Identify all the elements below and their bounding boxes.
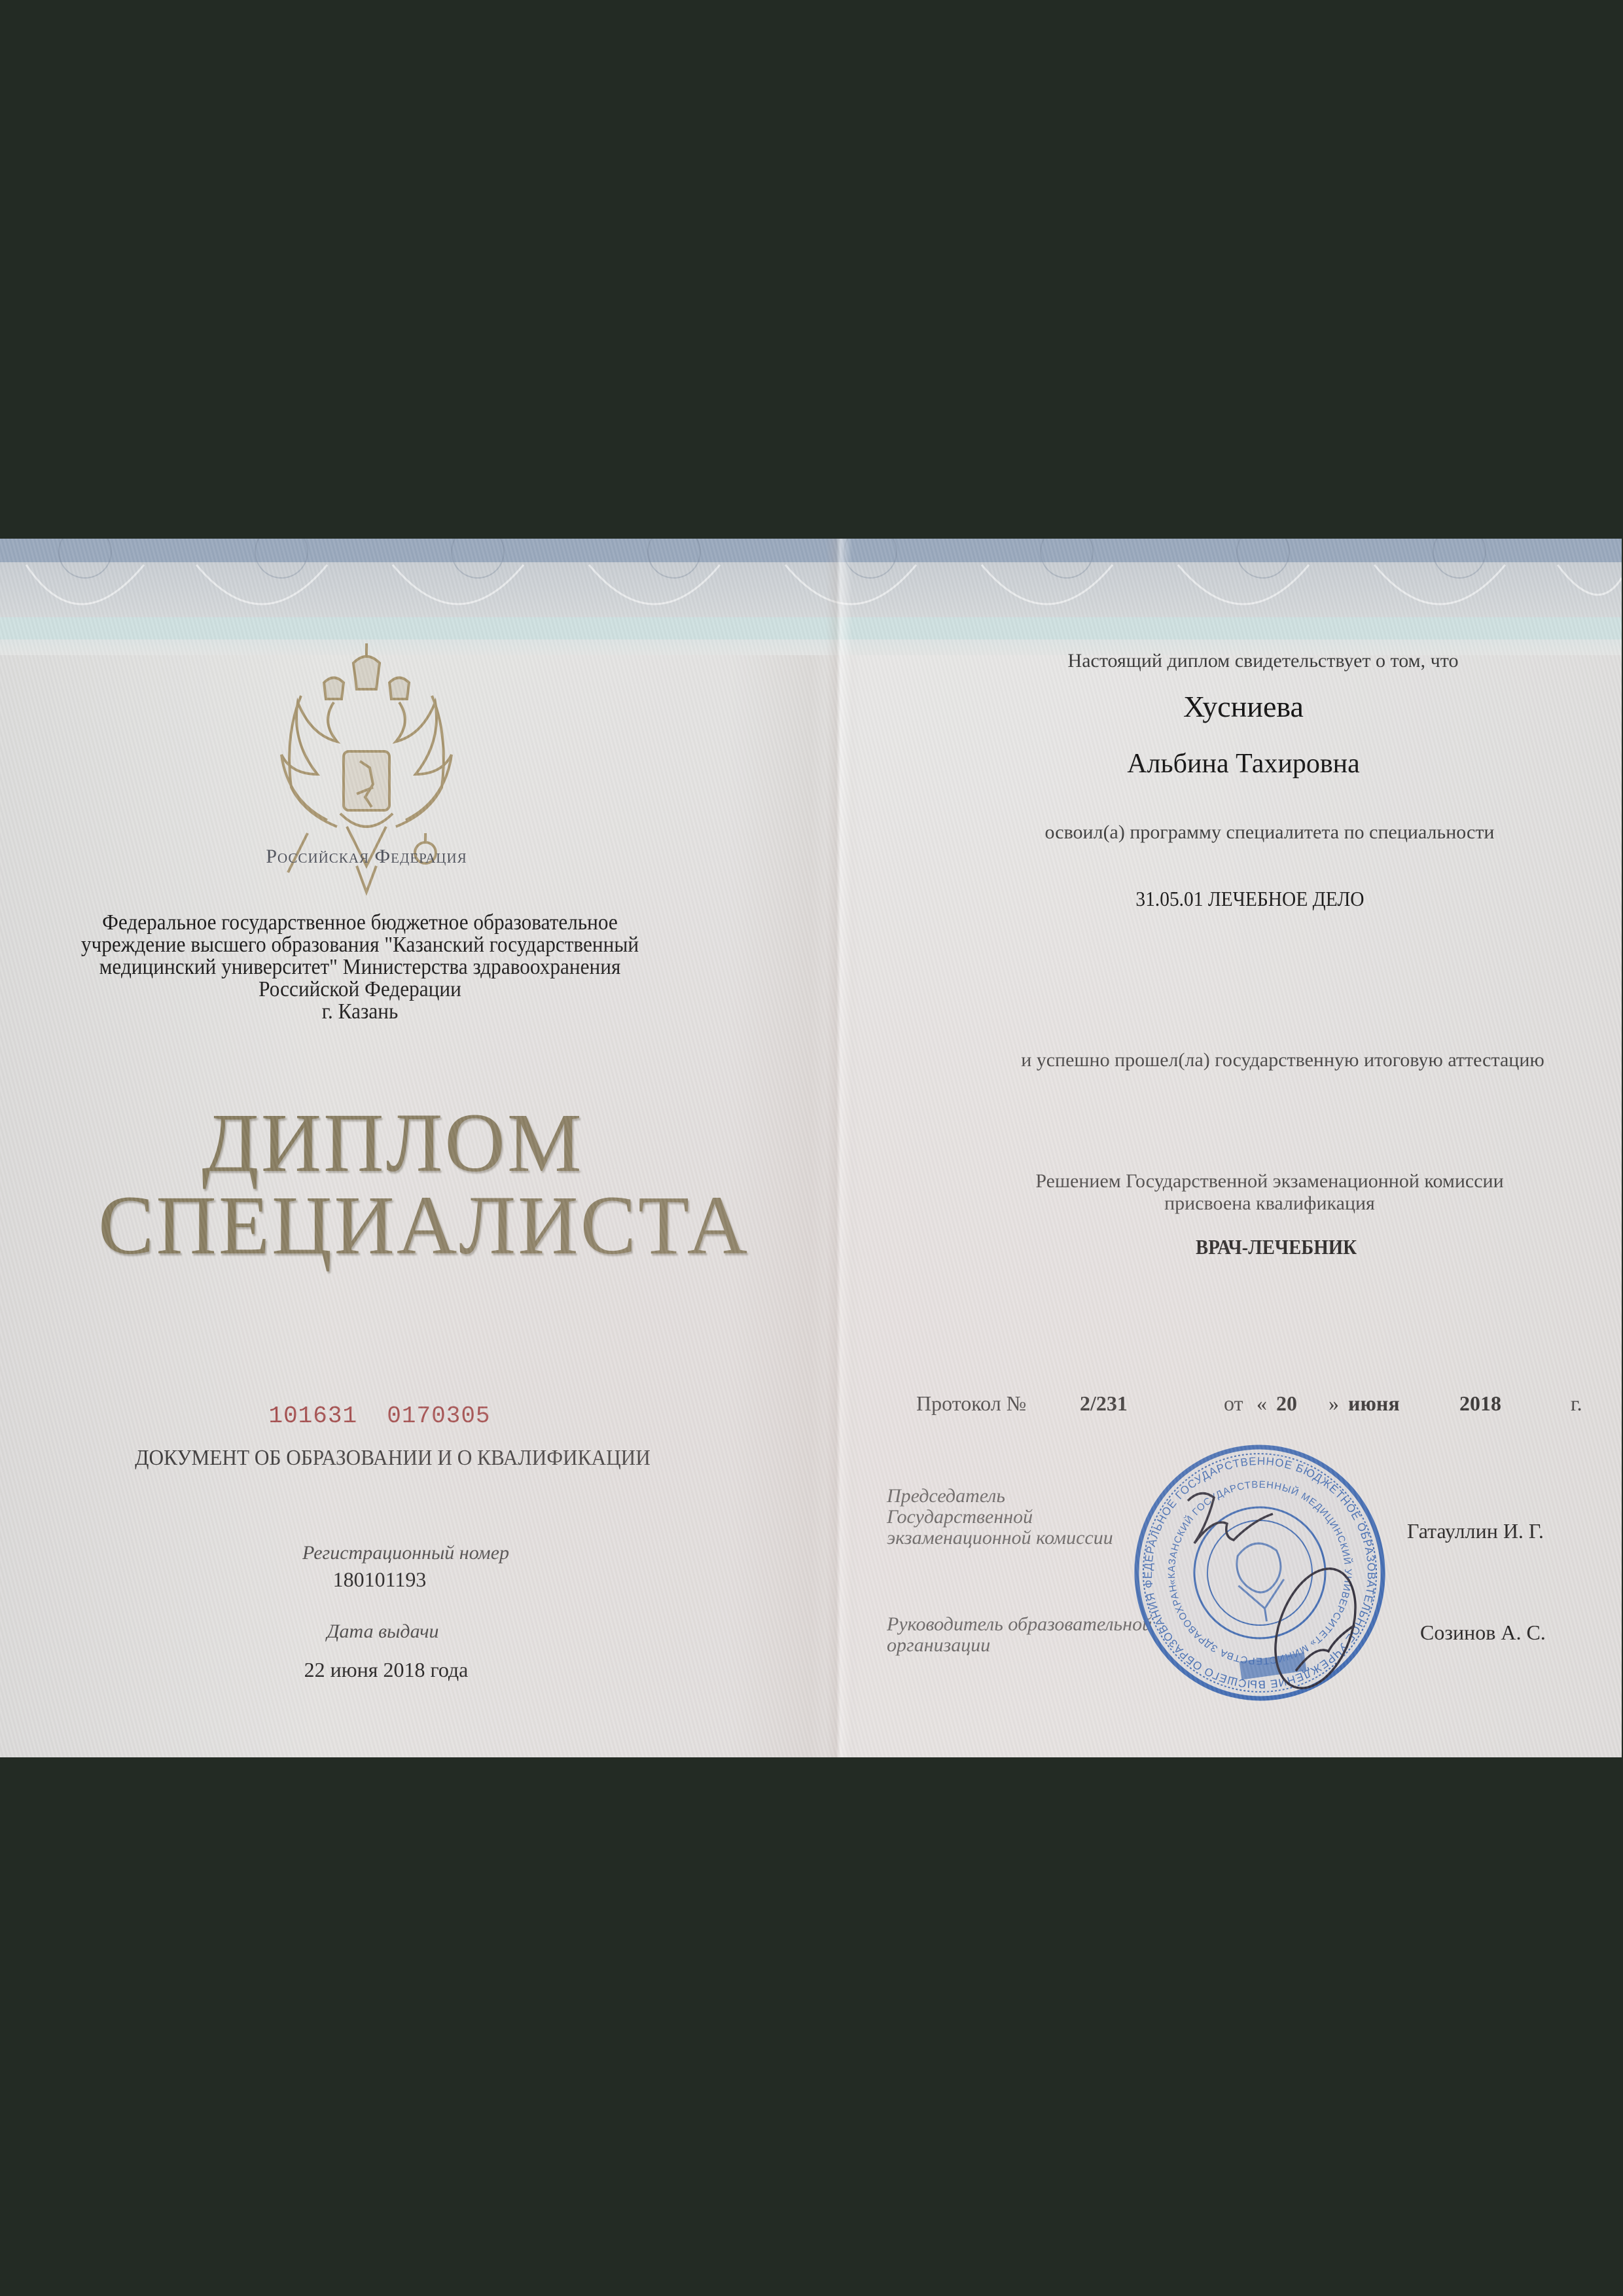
country-caption: Российская Федерация — [170, 846, 563, 868]
role-line: Председатель — [887, 1486, 1162, 1507]
protocol-month: июня — [1348, 1391, 1400, 1416]
chairman-role: Председатель Государственной экзаменацио… — [887, 1486, 1162, 1549]
page-fold — [826, 539, 852, 1757]
graduate-given-names: Альбина Тахировна — [982, 748, 1505, 780]
registration-label: Регистрационный номер — [196, 1542, 615, 1564]
institution-line: медицинский университет" Министерства зд… — [41, 956, 679, 978]
role-line: экзаменационной комиссии — [887, 1528, 1162, 1549]
specialty: 31.05.01 ЛЕЧЕБНОЕ ДЕЛО — [1039, 887, 1461, 911]
document-type: ДОКУМЕНТ ОБ ОБРАЗОВАНИИ И О КВАЛИФИКАЦИИ — [56, 1446, 730, 1471]
quote-close: » — [1329, 1391, 1339, 1416]
registration-number: 180101193 — [196, 1568, 563, 1592]
attestation-text: и успешно прошел(ла) государственную ито… — [929, 1049, 1622, 1071]
protocol-row: Протокол № 2/231 от « 20 » июня 2018 г. — [916, 1391, 1610, 1418]
issue-date-label: Дата выдачи — [196, 1621, 569, 1643]
role-line: Руководитель образовательной — [887, 1614, 1162, 1635]
security-banner — [0, 539, 1622, 655]
protocol-year-suffix: г. — [1571, 1391, 1582, 1416]
quote-open: « — [1257, 1391, 1267, 1416]
commission-decision: Решением Государственной экзаменационной… — [942, 1170, 1597, 1215]
institution-line: Федеральное государственное бюджетное об… — [41, 912, 679, 934]
institution-line: учреждение высшего образования "Казански… — [41, 934, 679, 956]
protocol-year: 2018 — [1459, 1391, 1501, 1416]
protocol-label: Протокол № — [916, 1391, 1026, 1416]
title-line-2: СПЕЦИАЛИСТА — [98, 1184, 687, 1266]
institution-name: Федеральное государственное бюджетное об… — [41, 912, 679, 1023]
protocol-from: от — [1224, 1391, 1243, 1416]
official-stamp-icon: ФЕДЕРАЛЬНОЕ ГОСУДАРСТВЕННОЕ БЮДЖЕТНОЕ ОБ… — [1129, 1442, 1391, 1704]
head-name: Созинов А. С. — [1420, 1621, 1616, 1645]
institution-line: Российской Федерации — [41, 978, 679, 1001]
role-line: Государственной — [887, 1507, 1162, 1528]
graduate-surname: Хусниева — [1047, 689, 1440, 724]
decision-line-2: присвоена квалификация — [942, 1193, 1597, 1215]
guilloche-pattern-icon — [0, 539, 1622, 655]
qualification: ВРАЧ-ЛЕЧЕБНИК — [1094, 1235, 1459, 1259]
title-line-1: ДИПЛОМ — [98, 1102, 687, 1184]
serial-number: 101631 0170305 — [131, 1403, 628, 1429]
decision-line-1: Решением Государственной экзаменационной… — [942, 1170, 1597, 1193]
diploma-document: Российская Федерация Федеральное государ… — [0, 539, 1622, 1757]
protocol-number: 2/231 — [1080, 1391, 1128, 1416]
chairman-name: Гатауллин И. Г. — [1407, 1519, 1603, 1543]
certificate-intro: Настоящий диплом свидетельствует о том, … — [969, 650, 1558, 672]
program-text: освоил(а) программу специалитета по спец… — [942, 821, 1597, 844]
institution-line: г. Казань — [41, 1001, 679, 1023]
diploma-title: ДИПЛОМ СПЕЦИАЛИСТА — [98, 1102, 687, 1266]
issue-date: 22 июня 2018 года — [196, 1658, 576, 1682]
head-role: Руководитель образовательной организации — [887, 1614, 1162, 1656]
protocol-day: 20 — [1276, 1391, 1297, 1416]
role-line: организации — [887, 1635, 1162, 1656]
